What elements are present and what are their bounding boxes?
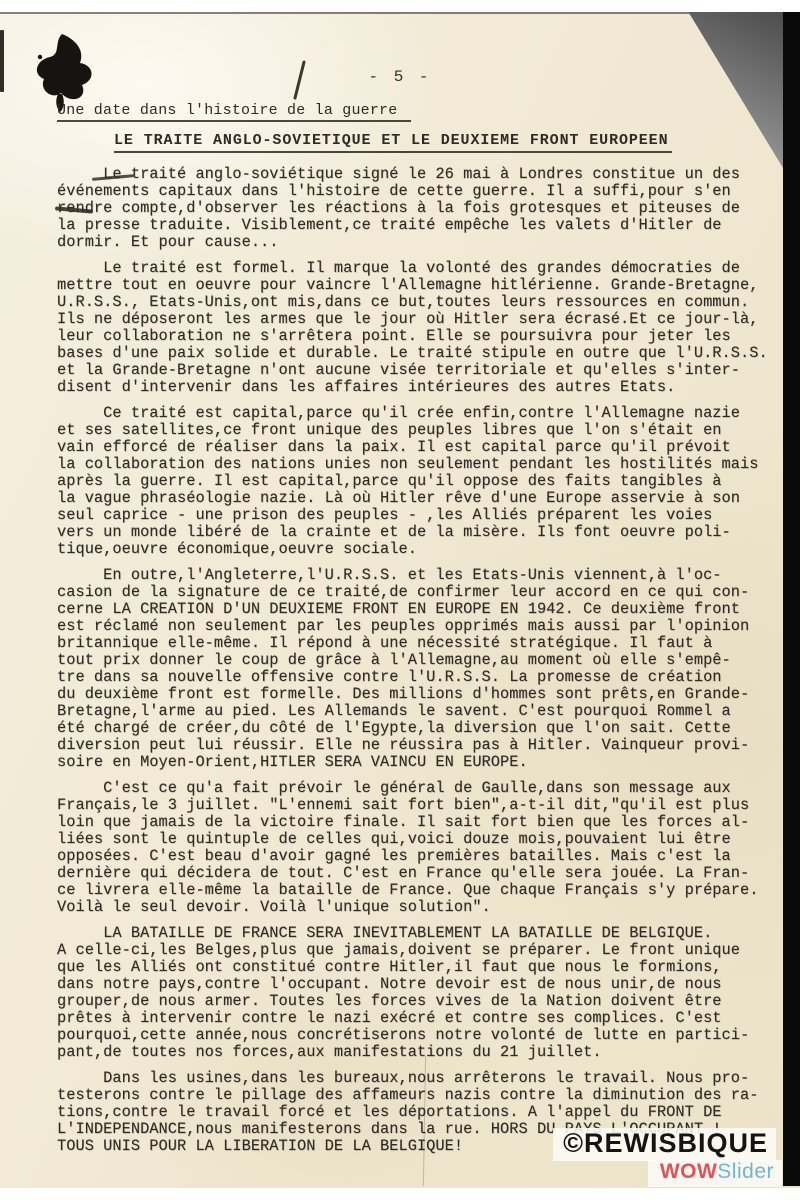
- paragraph: En outre,l'Angleterre,l'U.R.S.S. et les …: [57, 567, 793, 771]
- page-number: - 5 -: [0, 68, 800, 86]
- paragraph: Ce traité est capital,parce qu'il crée e…: [57, 405, 793, 558]
- section-kicker: Une date dans l'histoire de la guerre: [57, 102, 411, 122]
- paragraph: LA BATAILLE DE FRANCE SERA INEVITABLEMEN…: [57, 925, 793, 1061]
- watermark-wow-text: WOW: [660, 1160, 717, 1183]
- document-body: Le traité anglo-soviétique signé le 26 m…: [57, 166, 793, 1164]
- watermark-wowslider-link[interactable]: WOWSlider: [648, 1160, 782, 1187]
- paragraph: Le traité anglo-soviétique signé le 26 m…: [57, 166, 793, 251]
- scan-top-edge: [0, 12, 800, 14]
- paragraph: C'est ce qu'a fait prévoir le général de…: [57, 780, 793, 916]
- document-title: LE TRAITE ANGLO-SOVIETIQUE ET LE DEUXIEM…: [114, 132, 672, 153]
- watermark-copyright: ©REWISBIQUE: [553, 1128, 776, 1161]
- scanned-document-page: - 5 - Une date dans l'histoire de la gue…: [0, 0, 800, 1200]
- paragraph: Le traité est formel. Il marque la volon…: [57, 260, 793, 396]
- watermark-slider-text: Slider: [717, 1160, 774, 1183]
